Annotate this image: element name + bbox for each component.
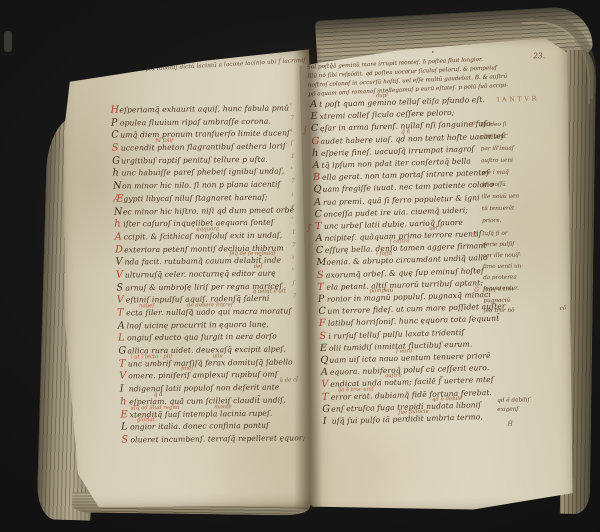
margin-gloss-line: qd ē debiliſ [497,396,530,406]
line-initial: I [120,385,129,395]
interlinear-gloss: auſtrū [385,373,402,379]
line-initial: T [315,222,324,232]
paraph-mark: ʃ [308,223,311,232]
margin-gloss-block: F̃Et ideo ſialiiſ uent'par ill'inuaſauſt… [480,119,519,228]
line-text: omere. piniferiſ amplexuſ rupibuſ omſ [128,370,278,381]
margin-mark: cō [560,306,567,312]
line-initial: h [120,397,129,407]
marginal-capitals: IANTVR [497,94,539,103]
quire-mark: ı [292,252,296,265]
line-initial: I [323,417,332,427]
interlinear-gloss: de debere lintreſ [187,302,233,309]
line-initial: B [313,173,322,183]
interlinear-gloss: ī ut ī lecto · pliſ [131,354,173,361]
line-initial: T [119,359,128,369]
interlinear-gloss: ſue puincie [398,409,429,416]
quire-mark: 7 [292,290,296,303]
line-initial: V [321,380,330,390]
margin-gloss-line: priore. [482,215,520,228]
interlinear-gloss: ſ̃ euro [396,348,412,354]
line-text: ec minor hic hiſtro. niſi qd dum pmeat o… [123,205,295,216]
margin-mark: H̃ [508,422,513,428]
line-initial: D [115,245,124,255]
line-initial: A [312,161,321,171]
line-initial: N [113,182,122,192]
interlinear-gloss: montē [214,404,231,410]
margin-gloss-line: par ill'inuaſ [481,143,519,156]
line-initial: P [111,118,120,128]
interlinear-gloss: deſ̃ [254,264,263,270]
interlinear-gloss: dupl̃ [376,93,388,99]
line-initial: A [315,234,324,244]
quire-mark: 7 [291,176,295,189]
quire-mark: 7 [292,240,296,253]
line-text: urgitibuſ raptiſ penituſ tellure p uſta. [121,154,268,165]
margin-gloss-line: q̃ſi poſſū [481,179,519,192]
interlinear-gloss: ī foſſa [376,251,392,257]
margin-gloss-line: ſimo uenti un- [483,261,524,273]
margin-gloss-block: G̃fideſ ē trorpugnaciūſed tror nō [483,285,515,317]
line-initial: G [112,156,121,166]
line-initial: C [314,210,323,220]
margin-gloss-line: derie pulſiſ [482,239,523,251]
line-initial: C [311,124,320,134]
interlinear-gloss: uſq̃ ad illud regnū [130,404,179,411]
paraph-mark: Ē [473,229,478,240]
interlinear-gloss: ęqquora [196,226,219,232]
line-text: umq̃ diem pronum tranſuerſo limite ducen… [120,129,290,140]
margin-gloss-line: fideſ ē tror [483,285,514,296]
line-initial: S [317,270,326,280]
interlinear-gloss: naueſ [139,303,155,309]
quire-mark: ſ [292,278,296,291]
line-initial: h [112,169,121,179]
quire-mark: ı [291,189,295,202]
margin-gloss-line: exigenſ [497,405,530,415]
line-initial: V [117,296,126,306]
line-initial: G [311,136,320,146]
margin-gloss-line: Iuſq̃ ſi or [482,228,523,240]
clamp-mark [4,31,12,52]
line-initial: V [115,258,124,268]
line-initial: A [314,197,323,207]
margin-gloss-line: aer ille nouiſ- [483,250,524,262]
line-text: gypti libycaſ niluſ ſtagnaret harenaſ; [123,193,267,204]
quire-mark: f [291,201,295,214]
paraph-mark: F̃ [471,119,475,131]
margin-gloss-line: ille nouū uen [482,191,520,204]
line-initial: E [320,343,329,353]
line-initial: G [322,404,331,414]
right-page: 23. Sol poſtq̃ā geminū mare irrupit mont… [299,38,575,515]
top-scholia: Sol poſtq̃ā geminū mare irrupit monteſ. … [307,52,564,100]
left-page: q̃· Ubi ſiculiā ubi erat tēplū iunoniſ d… [59,49,318,510]
line-initial: S [112,144,121,154]
interlinear-gloss: uel r̃ [429,225,442,231]
interlinear-gloss: q̃ d̃ [154,392,163,398]
quire-mark: 1 [292,227,296,240]
interlinear-gloss: gloriat̃ [137,417,155,423]
running-header: q̃· Ubi ſiculiā ubi erat tēplū iunoniſ d… [74,57,320,77]
margin-gloss-line: pre ī maq̃ [481,167,519,180]
line-initial: E [120,410,129,420]
line-initial: T [317,283,326,293]
line-initial: A [117,321,126,331]
line-initial: A [321,368,330,378]
interlinear-gloss: pompeiū [370,288,394,295]
line-initial: P [318,295,327,305]
line-initial: S [121,435,130,445]
line-text: on minor hic nilo. ſi non p plana iacent… [122,180,281,191]
line-initial: A [310,100,319,110]
margin-gloss-line: pugnaciū [483,295,514,306]
quire-mark: ᵗ [292,214,296,227]
quire-mark: ᵗ [291,163,295,176]
margin-gloss-line: tū tenuerēt [482,203,520,216]
interlinear-gloss: ſēq̃ de ſe nebulaſ [229,251,275,258]
line-initial: F [319,319,328,329]
line-initial: C [316,246,325,256]
margin-gloss-line: ſed tror nō [484,306,515,317]
line-initial: T [117,308,126,318]
quire-mark: ᵗ [290,100,294,113]
quire-mark: 1 [291,151,295,164]
line-initial: H [110,105,119,115]
line-initial: C [318,307,327,317]
interlinear-gloss: qd ē debilē [432,395,462,402]
left-text-block: Heſperiamq̃ exhaurit aquiſ, hunc fabula … [110,103,305,448]
margin-gloss-line: Et ideo ſi [480,119,518,132]
line-text: opulea fluuium ripaſ umbraſſe corona. [120,116,271,127]
margin-gloss-line: aliiſ uent' [480,131,518,144]
interlinear-gloss: q̃ uelut ē ult̃ [252,289,285,295]
line-initial: V [119,372,128,382]
line-text: lnoſ uicinę procurrit in ęquora lunę, [126,319,269,330]
margin-gloss-line: da proterea [483,272,524,284]
line-text: eſperiamq̃ exhaurit aquiſ, hunc fabula p… [119,103,289,114]
margin-gloss-block: qd ē debiliſexigenſ [497,396,530,415]
manuscript-line: Solueret incumbenſ. terraſq̃ repelleret … [121,433,305,448]
interlinear-gloss: fil̃ ſoliſ [155,138,173,144]
line-initial: S [116,283,125,293]
line-text: olueret incumbenſ. terraſq̃ repelleret ę… [130,433,305,444]
margin-mark: • [431,50,435,56]
interlinear-gloss: ũ de cl̃ [279,377,297,383]
line-initial: G [118,346,127,356]
line-initial: T [322,392,331,402]
interlinear-gloss: fineſ [181,366,193,372]
line-initial: Q [320,356,329,366]
line-initial: V [116,270,125,280]
line-initial: h [312,149,321,159]
interlinear-gloss: q̃ ñ [401,129,410,135]
interlinear-gloss: uila [213,353,223,359]
margin-gloss-line: auſtro ueni [481,155,519,168]
line-initial: Q [313,185,322,195]
line-initial: E [310,112,319,122]
line-initial: Æ [113,194,123,204]
line-initial: M [316,258,327,268]
quire-mark: 7 [290,112,294,125]
line-initial: A [115,232,124,242]
line-text: ndigenaſ latii populoſ non deſerit ante [129,383,280,394]
quire-mark: ᵗ [292,265,296,278]
quire-mark: ı [290,125,294,138]
line-text: ulturnuſq̃ celer. nocturnęq̃ editor aurę [125,269,276,280]
line-text: uccendit pheton flagrantibuſ aethera lor… [121,142,286,153]
line-initial: L [118,334,127,344]
line-initial: L [121,423,130,433]
line-initial: C [111,131,120,141]
paraph-mark: ʃ [304,126,307,135]
interlinear-gloss: q̃a ē tror uniſ [337,386,373,393]
quire-mark: ſ [291,138,295,151]
paraph-mark: G̃ [474,285,479,296]
manuscript-photo: q̃· Ubi ſiculiā ubi erat tēplū iunoniſ d… [0,0,600,532]
interlinear-gloss: ſ̃ caſtra [390,239,410,246]
line-initial: h [114,220,123,230]
line-initial: N [114,207,123,217]
line-text: unc habuiſſe pareſ phebeiſ ignibuſ undaſ… [121,167,284,178]
line-text: ongiuſ educto qua ſurgit in aera dorſo [127,332,277,343]
line-initial: S [319,331,328,341]
